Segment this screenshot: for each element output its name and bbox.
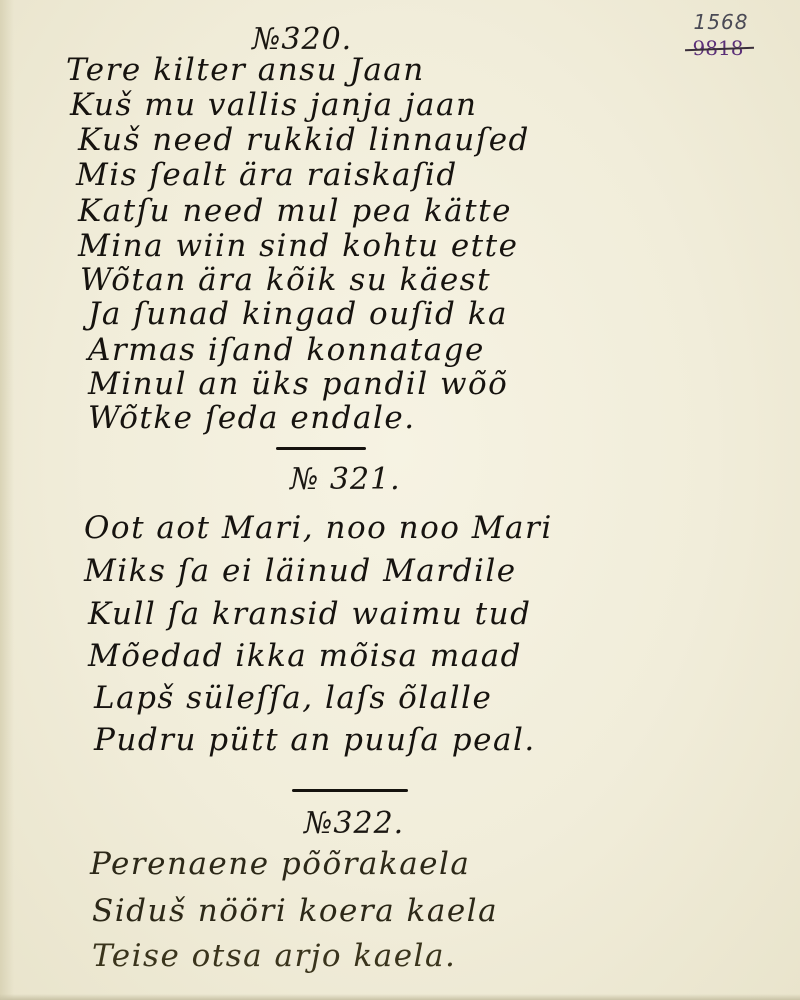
song-321-line-1: Oot aot Mari, noo noo Mari <box>84 510 553 546</box>
song-321-line-3: Kull ſa kransid waimu tud <box>88 596 531 632</box>
song-320-line-2: Kuš mu vallis janja jaan <box>70 87 477 123</box>
song-321-line-5: Lapš süleſſa, laſs õlalle <box>94 680 492 716</box>
song-320-line-1: Tere kilter ansu Jaan <box>66 52 425 88</box>
song-320-line-9: Armas iſand konnatage <box>88 332 485 368</box>
song-320-line-6: Mina wiin sind kohtu ette <box>78 228 518 264</box>
song-320-line-3: Kuš need rukkid linnauſed <box>78 122 530 158</box>
archive-current-number: 1568 <box>684 10 758 34</box>
song-321-line-6: Pudru pütt an puuſa peal. <box>94 722 536 758</box>
song-322-line-3: Teise otsa arjo kaela. <box>92 938 456 974</box>
manuscript-page: 1568 9818 №320. Tere kilter ansu Jaan Ku… <box>0 0 800 1000</box>
archive-numbers: 1568 9818 <box>678 10 758 60</box>
song-number-321: № 321. <box>290 462 401 497</box>
song-321-line-4: Mõedad ikka mõisa maad <box>88 638 522 674</box>
song-number-322: №322. <box>304 806 404 841</box>
song-322-line-2: Siduš nööri koera kaela <box>92 893 498 929</box>
song-322-line-1: Perenaene põõrakaela <box>90 846 470 882</box>
song-320-line-11: Wõtke ſeda endale. <box>88 400 416 436</box>
song-320-line-5: Katſu need mul pea kätte <box>78 193 512 229</box>
song-320-line-7: Wõtan ära kõik su käest <box>80 262 491 298</box>
archive-old-number-struck: 9818 <box>693 36 744 60</box>
section-divider <box>292 789 408 792</box>
section-divider <box>276 447 366 450</box>
song-320-line-8: Ja ſunad kingad ouſid ka <box>88 296 508 332</box>
song-320-line-10: Minul an üks pandil wõõ <box>88 366 508 402</box>
song-321-line-2: Miks ſa ei läinud Mardile <box>84 553 517 589</box>
song-320-line-4: Mis ſealt ära raiskaſid <box>76 157 458 193</box>
